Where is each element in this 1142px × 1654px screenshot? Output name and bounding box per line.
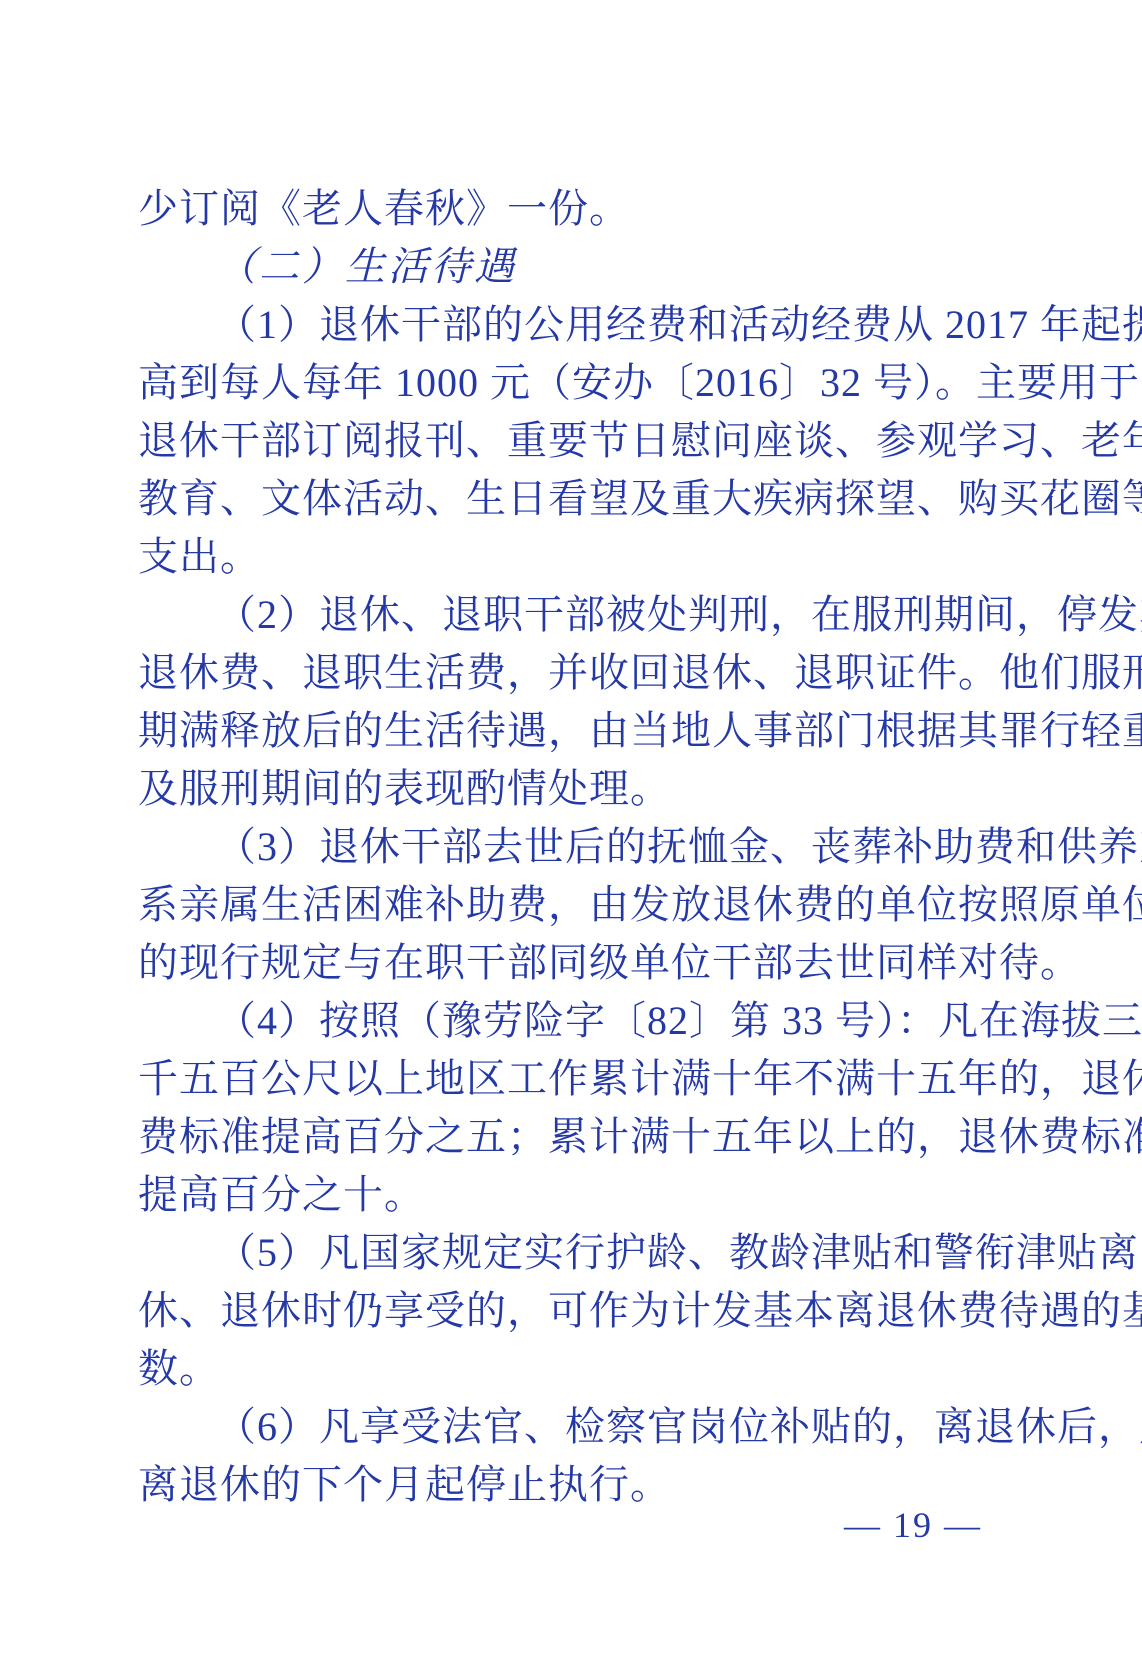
page-number: — 19 — [844, 1505, 982, 1545]
section-heading-line: （二）生活待遇 [138, 238, 1010, 296]
text-line: （3）退休干部去世后的抚恤金、丧葬补助费和供养直 [138, 818, 1010, 876]
text-line: 的现行规定与在职干部同级单位干部去世同样对待。 [138, 934, 1010, 992]
text-line: （6）凡享受法官、检察官岗位补贴的，离退休后，从 [138, 1398, 1010, 1456]
text-line: 提高百分之十。 [138, 1166, 1010, 1224]
text-line: 休、退休时仍享受的，可作为计发基本离退休费待遇的基 [138, 1282, 1010, 1340]
text-line: 费标准提高百分之五；累计满十五年以上的，退休费标准 [138, 1108, 1010, 1166]
text-line: 教育、文体活动、生日看望及重大疾病探望、购买花圈等 [138, 470, 1010, 528]
text-line: 退休费、退职生活费，并收回退休、退职证件。他们服刑 [138, 644, 1010, 702]
text-line: （1）退休干部的公用经费和活动经费从 2017 年起提 [138, 296, 1010, 354]
document-page: 少订阅《老人春秋》一份。（二）生活待遇（1）退休干部的公用经费和活动经费从 20… [0, 0, 1142, 1654]
text-line: 系亲属生活困难补助费，由发放退休费的单位按照原单位 [138, 876, 1010, 934]
text-line: 支出。 [138, 528, 1010, 586]
text-line: 数。 [138, 1340, 1010, 1398]
text-line: （5）凡国家规定实行护龄、教龄津贴和警衔津贴离 [138, 1224, 1010, 1282]
text-line: 及服刑期间的表现酌情处理。 [138, 760, 1010, 818]
text-line: （2）退休、退职干部被处判刑，在服刑期间，停发其 [138, 586, 1010, 644]
text-line: 千五百公尺以上地区工作累计满十年不满十五年的，退休 [138, 1050, 1010, 1108]
text-line: 期满释放后的生活待遇，由当地人事部门根据其罪行轻重 [138, 702, 1010, 760]
text-line: 高到每人每年 1000 元（安办〔2016〕32 号）。主要用于 [138, 354, 1010, 412]
text-line: 少订阅《老人春秋》一份。 [138, 180, 1010, 238]
text-line: 退休干部订阅报刊、重要节日慰问座谈、参观学习、老年 [138, 412, 1010, 470]
text-line: （4）按照（豫劳险字〔82〕第 33 号）：凡在海拔三 [138, 992, 1010, 1050]
document-text-block: 少订阅《老人春秋》一份。（二）生活待遇（1）退休干部的公用经费和活动经费从 20… [138, 180, 1010, 1514]
